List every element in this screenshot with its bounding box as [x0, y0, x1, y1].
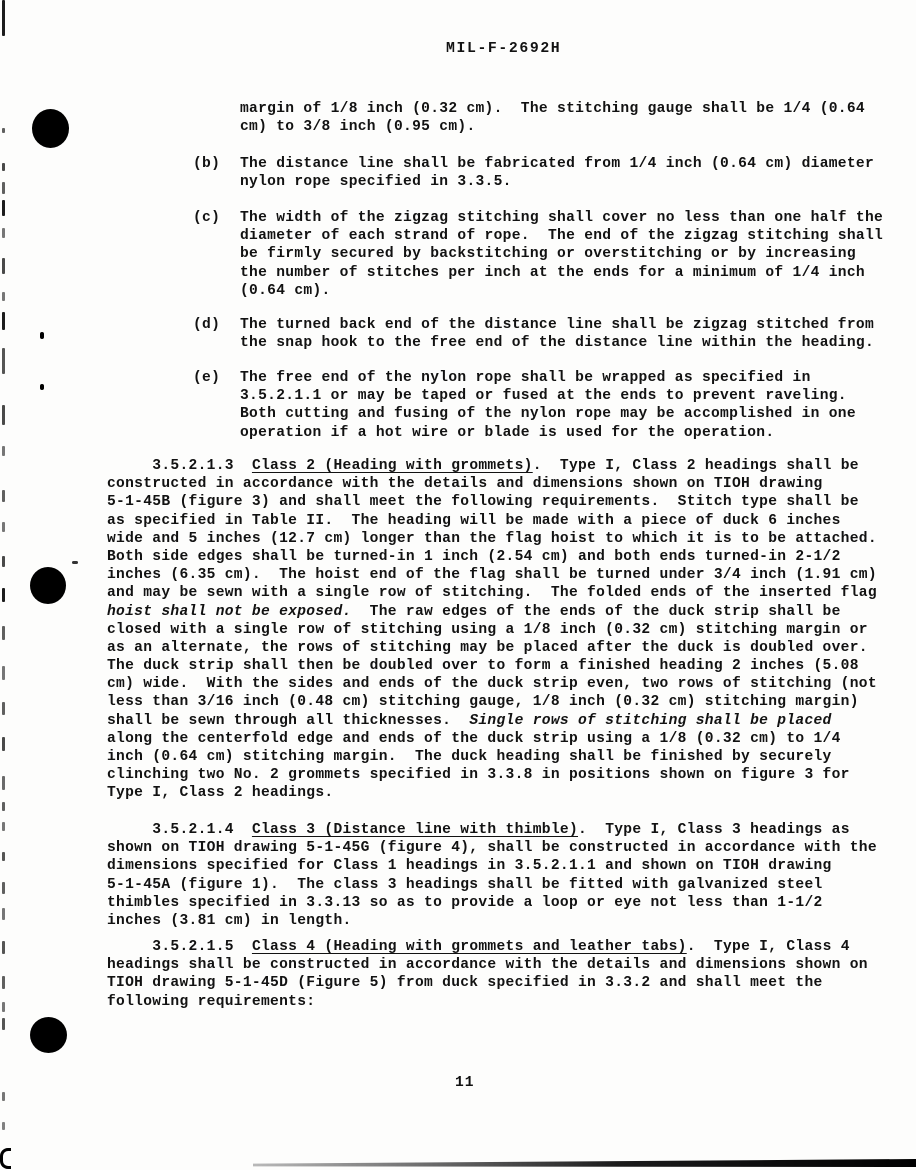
text-line: The turned back end of the distance line…: [240, 316, 874, 334]
document-id-header: MIL-F-2692H: [446, 41, 561, 57]
text-line: diameter of each strand of rope. The end…: [240, 227, 883, 245]
text-segment: hoist shall not be exposed.: [107, 604, 352, 620]
text-line: along the centerfold edge and ends of th…: [107, 730, 877, 748]
text-segment: shall be sewn through all thicknesses.: [107, 713, 469, 729]
list-item-b: The distance line shall be fabricated fr…: [240, 155, 874, 191]
text-line: The duck strip shall then be doubled ove…: [107, 657, 877, 675]
text-line: less than 3/16 inch (0.48 cm) stitching …: [107, 693, 877, 711]
text-line: The free end of the nylon rope shall be …: [240, 369, 856, 387]
text-segment: Class 2 (Heading with grommets): [252, 458, 533, 474]
section-3-5-2-1-3: 3.5.2.1.3 Class 2 (Heading with grommets…: [107, 457, 877, 803]
scan-edge-mark: [2, 405, 5, 425]
text-line: (0.64 cm).: [240, 282, 883, 300]
scan-edge-mark: [2, 312, 5, 330]
text-line: hoist shall not be exposed. The raw edge…: [107, 603, 877, 621]
section-3-5-2-1-4: 3.5.2.1.4 Class 3 (Distance line with th…: [107, 821, 877, 930]
list-item-d: The turned back end of the distance line…: [240, 316, 874, 352]
text-line: 5-1-45B (figure 3) and shall meet the fo…: [107, 493, 877, 511]
list-item-c: The width of the zigzag stitching shall …: [240, 209, 883, 300]
text-segment: 3.5.2.1.4: [107, 822, 252, 838]
scan-edge-mark: [2, 348, 5, 374]
scan-edge-mark: [2, 1092, 5, 1101]
text-line: the number of stitches per inch at the e…: [240, 264, 883, 282]
text-line: 5-1-45A (figure 1). The class 3 headings…: [107, 876, 877, 894]
scan-bottom-edge: [253, 1159, 916, 1167]
text-segment: . Type I, Class 2 headings shall be: [533, 458, 859, 474]
scan-edge-mark: [2, 490, 5, 502]
text-line: be firmly secured by backstitching or ov…: [240, 245, 883, 263]
scan-edge-mark: [2, 292, 5, 301]
scan-edge-mark: [2, 228, 5, 238]
text-segment: . Type I, Class 3 headings as: [578, 822, 850, 838]
scan-edge-mark: [2, 128, 5, 133]
text-line: The distance line shall be fabricated fr…: [240, 155, 874, 173]
scan-edge-mark: [2, 522, 5, 532]
list-item-e: The free end of the nylon rope shall be …: [240, 369, 856, 442]
scan-dot-mark: [40, 332, 44, 339]
text-line: thimbles specified in 3.3.13 so as to pr…: [107, 894, 877, 912]
text-line: The width of the zigzag stitching shall …: [240, 209, 883, 227]
list-label-b: (b): [193, 155, 220, 173]
scan-edge-mark: [2, 737, 5, 751]
hole-punch-mark: [32, 109, 69, 148]
scan-edge-mark: [2, 182, 5, 194]
text-line: constructed in accordance with the detai…: [107, 475, 877, 493]
text-line: 3.5.2.1.3 Class 2 (Heading with grommets…: [107, 457, 877, 475]
text-line: Both cutting and fusing of the nylon rop…: [240, 405, 856, 423]
text-line: following requirements:: [107, 993, 868, 1011]
text-line: nylon rope specified in 3.3.5.: [240, 173, 874, 191]
text-line: 3.5.2.1.5 Class 4 (Heading with grommets…: [107, 938, 868, 956]
scan-edge-mark: [2, 258, 5, 274]
text-segment: The raw edges of the ends of the duck st…: [352, 604, 841, 620]
scan-edge-mark: [2, 200, 5, 216]
scan-edge-mark: [2, 556, 5, 567]
section-3-5-2-1-5: 3.5.2.1.5 Class 4 (Heading with grommets…: [107, 938, 868, 1011]
text-segment: Class 3 (Distance line with thimble): [252, 822, 578, 838]
hole-punch-mark: [30, 1017, 67, 1053]
scan-edge-mark: [2, 908, 5, 920]
text-line: TIOH drawing 5-1-45D (Figure 5) from duc…: [107, 974, 868, 992]
scan-edge-mark: [2, 1018, 5, 1030]
hole-punch-mark: [30, 567, 66, 604]
text-line: operation if a hot wire or blade is used…: [240, 424, 856, 442]
text-line: 3.5.2.1.4 Class 3 (Distance line with th…: [107, 821, 877, 839]
scan-corner-mark: [0, 1148, 11, 1169]
text-line: headings shall be constructed in accorda…: [107, 956, 868, 974]
document-page: MIL-F-2692H margin of 1/8 inch (0.32 cm)…: [0, 0, 916, 1170]
scan-edge-mark: [2, 1122, 5, 1130]
scan-edge-mark: [2, 702, 5, 715]
text-line: cm) wide. With the sides and ends of the…: [107, 675, 877, 693]
scan-edge-mark: [2, 802, 5, 811]
text-segment: 3.5.2.1.5: [107, 939, 252, 955]
text-line: shall be sewn through all thicknesses. S…: [107, 712, 877, 730]
page-number: 11: [455, 1075, 475, 1091]
scan-edge-mark: [2, 852, 5, 861]
text-line: inch (0.64 cm) stitching margin. The duc…: [107, 748, 877, 766]
scan-dot-mark: [40, 384, 44, 390]
scan-edge-mark: [2, 666, 5, 680]
list-label-d: (d): [193, 316, 220, 334]
text-segment: 3.5.2.1.3: [107, 458, 252, 474]
text-line: and may be sewn with a single row of sti…: [107, 584, 877, 602]
text-line: as an alternate, the rows of stitching m…: [107, 639, 877, 657]
scan-edge-mark: [2, 822, 5, 831]
text-line: 3.5.2.1.1 or may be taped or fused at th…: [240, 387, 856, 405]
paragraph-continuation: margin of 1/8 inch (0.32 cm). The stitch…: [240, 100, 865, 136]
text-line: the snap hook to the free end of the dis…: [240, 334, 874, 352]
list-label-e: (e): [193, 369, 220, 387]
text-line: clinching two No. 2 grommets specified i…: [107, 766, 877, 784]
text-segment: Single rows of stitching shall be placed: [469, 713, 831, 729]
text-line: Both side edges shall be turned-in 1 inc…: [107, 548, 877, 566]
text-line: margin of 1/8 inch (0.32 cm). The stitch…: [240, 100, 865, 118]
text-line: closed with a single row of stitching us…: [107, 621, 877, 639]
scan-edge-mark: [2, 446, 5, 456]
text-line: inches (6.35 cm). The hoist end of the f…: [107, 566, 877, 584]
scan-edge-mark: [2, 626, 5, 640]
list-label-c: (c): [193, 209, 220, 227]
scan-edge-mark: [2, 1002, 5, 1012]
scan-edge-mark: [2, 976, 5, 989]
scan-edge-mark: [2, 882, 5, 894]
scan-edge-mark: [2, 0, 5, 36]
scan-edge-mark: [2, 776, 5, 790]
text-line: cm) to 3/8 inch (0.95 cm).: [240, 118, 865, 136]
text-line: dimensions specified for Class 1 heading…: [107, 857, 877, 875]
scan-edge-mark: [2, 941, 5, 954]
text-line: shown on TIOH drawing 5-1-45G (figure 4)…: [107, 839, 877, 857]
text-line: as specified in Table II. The heading wi…: [107, 512, 877, 530]
text-line: inches (3.81 cm) in length.: [107, 912, 877, 930]
text-line: wide and 5 inches (12.7 cm) longer than …: [107, 530, 877, 548]
scan-edge-mark: [2, 588, 5, 602]
text-segment: Class 4 (Heading with grommets and leath…: [252, 939, 687, 955]
scan-edge-mark: [2, 163, 5, 171]
text-segment: . Type I, Class 4: [687, 939, 850, 955]
text-line: Type I, Class 2 headings.: [107, 784, 877, 802]
scan-dot-mark: [72, 561, 78, 564]
